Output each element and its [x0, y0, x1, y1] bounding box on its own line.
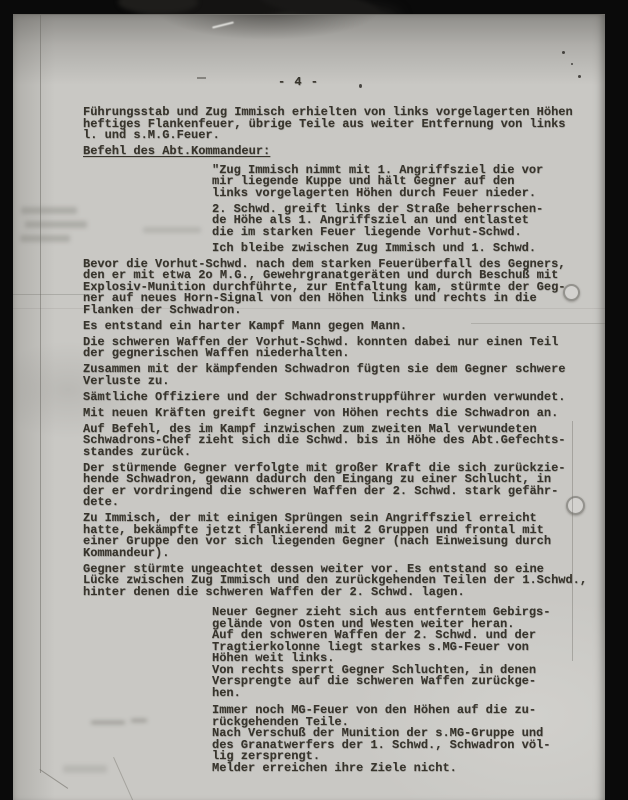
paragraph: "Zug Immisch nimmt mit 1. Angriffsziel d… [212, 165, 615, 200]
document-body: Führungsstab und Zug Immisch erhielten v… [83, 107, 615, 779]
paragraph: Zu Immisch, der mit einigen Sprüngen sei… [83, 513, 615, 559]
page-number: - 4 - [278, 76, 319, 88]
paragraph: Immer noch MG-Feuer von den Höhen auf di… [212, 705, 615, 774]
white-scratch [212, 21, 234, 28]
scan-speck [562, 51, 565, 54]
scan-background: - 4 - Führungsstab und Zug Immisch erhie… [0, 0, 628, 800]
scan-speck [359, 84, 362, 88]
scan-speck [578, 75, 581, 78]
ink-smudge [20, 235, 70, 242]
paragraph: Auf Befehl, des im Kampf inzwischen zum … [83, 424, 615, 459]
ink-smudge [21, 207, 77, 214]
paragraph: Zusammen mit der kämpfenden Schwadron fü… [83, 364, 615, 387]
ink-smudge [25, 221, 87, 228]
section-heading: Befehl des Abt.Kommandeur: [83, 146, 615, 158]
paragraph: Mit neuen Kräften greift Gegner von Höhe… [83, 408, 615, 420]
page-fold-line [40, 15, 41, 773]
paragraph: Neuer Gegner zieht sich aus entferntem G… [212, 607, 615, 699]
scan-speck [571, 63, 573, 65]
paragraph: Die schweren Waffen der Vorhut-Schwd. ko… [83, 337, 615, 360]
scanned-page: - 4 - Führungsstab und Zug Immisch erhie… [13, 14, 605, 800]
paragraph: Es entstand ein harter Kampf Mann gegen … [83, 321, 615, 333]
scan-speck [197, 77, 206, 79]
paragraph: Sämtliche Offiziere und der Schwadronstr… [83, 392, 615, 404]
paragraph: Gegner stürmte ungeachtet dessen weiter … [83, 564, 615, 599]
paragraph: 2. Schwd. greift links der Straße beherr… [212, 204, 615, 239]
paragraph: Ich bleibe zwischen Zug Immisch und 1. S… [212, 243, 615, 255]
paragraph: Führungsstab und Zug Immisch erhielten v… [83, 107, 615, 142]
paragraph: Der stürmende Gegner verfolgte mit große… [83, 463, 615, 509]
paragraph: Bevor die Vorhut-Schwd. nach dem starken… [83, 259, 615, 317]
